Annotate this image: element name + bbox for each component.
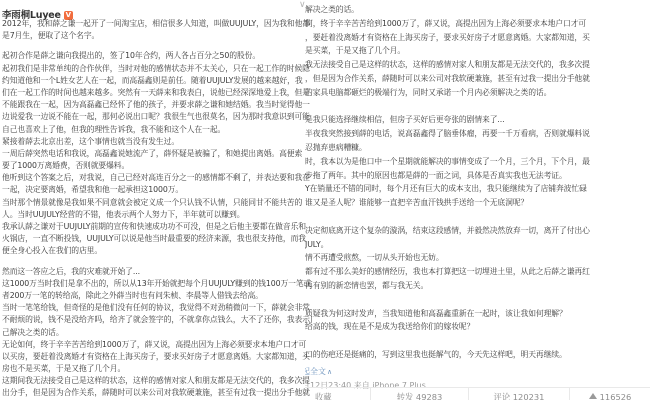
post-text-line: 便全身心投入在我们的店里。 xyxy=(2,245,312,257)
like-icon xyxy=(589,393,597,399)
post-text-line xyxy=(305,293,650,307)
post-text-line: 的家具电脑都砸烂的极端行为，同时又承诺一个月内必须解决之类的话。 xyxy=(305,86,650,100)
post-text-line: 2012年，我和薛之谦一起开了一间淘宝店，相信很多人知道，叫做UUJULY，因为… xyxy=(2,18,312,30)
post-text-line: 要了1000万离婚费，否则就要爆料。 xyxy=(2,160,312,172)
post-text-block-right: 解决之类的话。何，终于辛辛苦苦给到1000万了，薛又说，高提出因为上海必须要求本… xyxy=(305,0,650,362)
post-header: 李雨桐LuyeeV xyxy=(2,0,312,18)
post-text-line: 口的伤疤还是挺痛的，写到这里我也挺解气的，今天先这样吧，明天再继续。 xyxy=(305,348,650,362)
post-text-line: 时，我本以为是他口中一个星期就能解决的事情变成了一个月，三个月，下个月，最 xyxy=(305,155,650,169)
post-text-line: 我承认薛之谦对于UUJULY前期的宣传和快速成功功不可没，但是之后他主要都在做音… xyxy=(2,221,312,233)
post-text-line: 给高的钱，现在是不是成为我送给你们的嫁妆呢？ xyxy=(305,320,650,334)
post-text-line xyxy=(2,258,312,266)
post-text-line: 这1000万当时我们是拿不出的，所以从13年开始就把每个月UUJULY赚到的钱1… xyxy=(2,278,312,290)
post-text-line: 何，终于辛辛苦苦给到1000万了，薛又说，高提出因为上海必须要求本地户口才可 xyxy=(305,17,650,31)
post-text-line: 无论如何，终于辛辛苦苦给到1000万了，薛又说，高提出因为上海必须要求本地户口才… xyxy=(2,339,312,351)
post-text-line: ，要赶着没离婚才有资格在上海买房子，要求买好房子才愿意离婚。大家都知道，买 xyxy=(305,31,650,45)
post-text-line: 这期间我无法接受自己是这样的状态，这样的感情对家人和朋友都是无法交代的，我多次提 xyxy=(2,375,312,387)
post-text-line: 者200万一笔的转给高，除此之外薛当时也有问朱桢、李晨等人借钱去给高。 xyxy=(2,290,312,302)
post-text-line: 是我只能选择继续相信，但房子买好后更夸张的剧情来了... xyxy=(305,113,650,127)
post-text-line: 不能跟我在一起，因为高磊鑫已经怀了他的孩子，并要求薛之谦和她结婚。我当时觉得他一 xyxy=(2,99,312,111)
post-text-line: 再有别的新恋情也罢，都与我无关。 xyxy=(305,279,650,293)
post-text-line: 房也不是买菜，于是又拖了几个月。 xyxy=(2,363,312,375)
collapse-full-text-link[interactable]: 起全文∧ xyxy=(305,365,650,378)
post-text-line: 我无法接受自己是这样的状态，这样的感情对家人和朋友都是无法交代的，我多次提 xyxy=(305,58,650,72)
post-text-line: 一起，决定要离婚，希望我和他一起承担这1000万。 xyxy=(2,184,312,196)
post-text-line: 质疑我为何这时发声，当我知道他和高磊鑫重新在一起时，该让我如何理解？ xyxy=(305,307,650,321)
post-text-line: 火锅店，一直不断投钱，UUJULY可以说是他当时最重要的经济来源，我也很支持他，… xyxy=(2,233,312,245)
post-text-line: 出分手，但是因为合作关系，薛随时可以来公司对我软硬兼施，甚至有过我一提出分手他就 xyxy=(2,387,312,399)
post-text-line: 们在一起工作的时间也越来越多。突然有一天薛来和我表白，说他已经深深地爱上我，但是 xyxy=(2,87,312,99)
favorite-button[interactable]: 收藏 xyxy=(305,388,370,400)
post-text-line: 人。当时UUJULY经营的不错，他表示两个人努力下，半年就可以赚到。 xyxy=(2,209,312,221)
post-text-block-left: 2012年，我和薛之谦一起开了一间淘宝店，相信很多人知道，叫做UUJULY，因为… xyxy=(2,18,312,400)
post-stats-bar: 收藏 转发 49283 评论 120231 116526 xyxy=(305,387,650,400)
post-text-line: 然而这一答应之后，我的灾难就开始了... xyxy=(2,266,312,278)
post-text-line: Y在销量还不错的同时，每个月还有巨大的成本支出，我只能继续为了店铺奔波忙碌 xyxy=(305,182,650,196)
post-text-line: 约知道他和一个L姓女艺人在一起，而高磊鑫则是前任。随着UUJULY发展的越来越好… xyxy=(2,75,312,87)
post-text-line: 步拖了两年。其中的原因也都是薛的一面之词，具体是否真实我也无法考证。 xyxy=(305,169,650,183)
post-text-line: 起初我们是非常单纯的合作伙伴，当时对他的感情状态并不太关心，只在一起工作的时候隐 xyxy=(2,63,312,75)
post-text-line: 解决之类的话。 xyxy=(305,3,650,17)
repost-button[interactable]: 转发 49283 xyxy=(370,388,468,400)
post-text-line: 边说爱我一边说不能在一起，那何必说出口呢？我很生气也很莫名，因为那时我意识到可能 xyxy=(2,111,312,123)
post-text-line: 紧接着薛去北京出差，这个事情也就当没有发生过。 xyxy=(2,136,312,148)
post-text-line: 是买菜，于是又拖了几个月。 xyxy=(305,44,650,58)
post-text-line: 自己也喜欢上了他，但我的理性告诉我，我不能和这个人在一起。 xyxy=(2,124,312,136)
post-text-line: 谁又是圣人呢？谁能够一直把辛苦血汗钱拱手送给一个无底洞呢？ xyxy=(305,196,650,210)
post-text-line: 是7月生，便取了这个名字。 xyxy=(2,30,312,42)
post-text-line: 己解决之类的话。 xyxy=(2,327,312,339)
post-text-line xyxy=(305,100,650,114)
post-column-left: 李雨桐LuyeeV 2012年，我和薛之谦一起开了一间淘宝店，相信很多人知道，叫… xyxy=(2,0,312,400)
like-count: 116526 xyxy=(600,392,632,400)
post-text-line: 一周后薛突然电话和我说，高磊鑫说她流产了，薛怀疑是被骗了，和她提出离婚。高便索 xyxy=(2,148,312,160)
post-text-line: 起初合作是薛之谦向我提出的，签了10年合约，两人各占百分之50的股份。 xyxy=(2,50,312,62)
post-text-line: 当时那个情景就像是我如果不同意就会被定义成一个只认钱不认情，只能同甘不能共苦的 xyxy=(2,197,312,209)
collapse-link-label: 起全文 xyxy=(305,367,326,376)
post-text-line xyxy=(305,334,650,348)
chevron-up-icon: ∧ xyxy=(327,368,332,376)
post-text-line: 都有过不那么美好的感情经历，我也本打算把这一切埋进土里，从此之后薛之谦再红 xyxy=(305,265,650,279)
post-text-line: 不耐烦的说，钱不是没给齐吗，给齐了就会签字的，不就拿你点钱么，大不了还你，我表示… xyxy=(2,314,312,326)
post-text-line: 当时一笔笔给钱，但奇怪的是他们没有任何的协议，我觉得不对劲稍微问一下，薛就会非常 xyxy=(2,302,312,314)
like-button[interactable]: 116526 xyxy=(569,388,650,400)
post-text-line: 忍抛弃患病糟糠。 xyxy=(305,141,650,155)
post-text-line: 半夜我突然接到薛的电话，说高磊鑫得了脑垂体瘤，再要一千万看病，否则就爆料说 xyxy=(305,127,650,141)
post-text-line: 他听到这个答案之后，对我说，自己已经对高连百分之一的感情都不剩了，并表达要和我在 xyxy=(2,172,312,184)
post-column-right: 解决之类的话。何，终于辛辛苦苦给到1000万了，薛又说，高提出因为上海必须要求本… xyxy=(305,0,650,400)
post-text-line: 决定彻底离开这个复杂的漩涡，结束这段感情，并毅然决然放弃一切，离开了付出心 xyxy=(305,224,650,238)
post-text-line xyxy=(305,210,650,224)
post-text-line: JULY。 xyxy=(305,238,650,252)
post-text-line: 以买房，要赶着没离婚才有资格在上海买房子，要求买好房子才愿意离婚。大家都知道，买 xyxy=(2,351,312,363)
post-text-line xyxy=(2,42,312,50)
post-text-line: ，但是因为合作关系，薛随时可以来公司对我软硬兼施，甚至有过我一提出分手他就 xyxy=(305,72,650,86)
post-text-line: 情不再遭受煎熬，一切从头开始也无妨。 xyxy=(305,251,650,265)
comment-button[interactable]: 评论 120231 xyxy=(468,388,569,400)
